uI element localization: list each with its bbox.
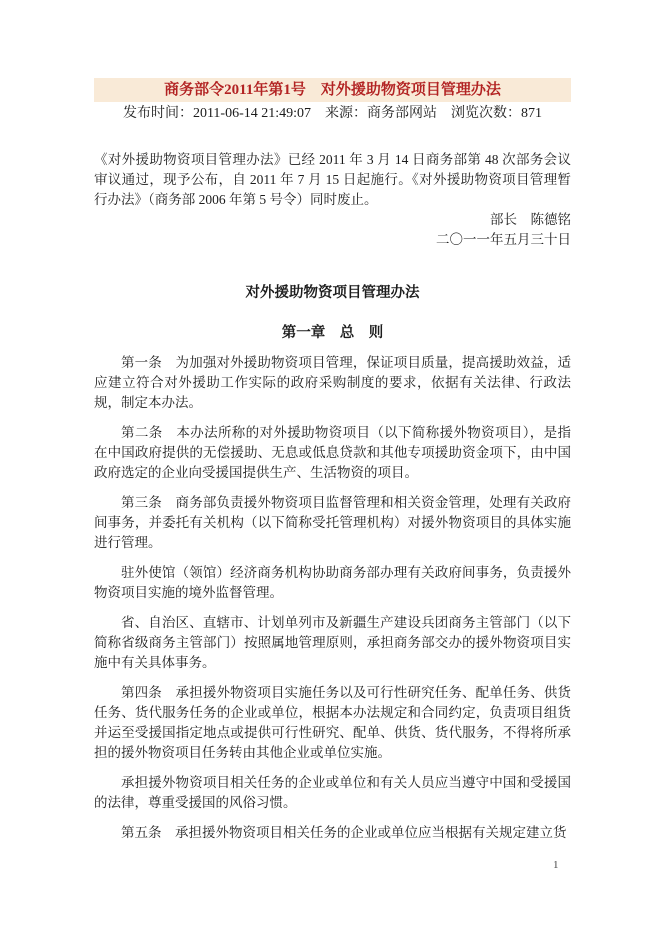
paragraph-article-4-sub-1: 承担援外物资项目相关任务的企业或单位和有关人员应当遵守中国和受援国的法律，尊重受… (94, 773, 571, 813)
article-title: 商务部令2011年第1号 对外援助物资项目管理办法 (164, 82, 501, 98)
document-page: 商务部令2011年第1号 对外援助物资项目管理办法 发布时间：2011-06-1… (0, 0, 661, 935)
paragraph-article-3: 第三条 商务部负责援外物资项目监督管理和相关资金管理，处理有关政府间事务，并委托… (94, 493, 571, 553)
signature-date: 二〇一一年五月三十日 (94, 230, 571, 250)
paragraph-article-1: 第一条 为加强对外援助物资项目管理，保证项目质量，提高援助效益，适应建立符合对外… (94, 353, 571, 413)
signature-minister: 部长 陈德铭 (94, 210, 571, 230)
paragraph-article-4: 第四条 承担援外物资项目实施任务以及可行性研究任务、配单任务、供货任务、货代服务… (94, 683, 571, 763)
paragraph-article-5: 第五条 承担援外物资项目相关任务的企业或单位应当根据有关规定建立货 (94, 823, 571, 843)
publish-meta: 发布时间：2011-06-14 21:49:07 来源：商务部网站 浏览次数：8… (94, 104, 571, 124)
decree-announcement: 《对外援助物资项目管理办法》已经 2011 年 3 月 14 日商务部第 48 … (94, 150, 571, 210)
article-title-bar: 商务部令2011年第1号 对外援助物资项目管理办法 (94, 78, 571, 102)
document-content: 商务部令2011年第1号 对外援助物资项目管理办法 发布时间：2011-06-1… (94, 78, 571, 843)
paragraph-article-2: 第二条 本办法所称的对外援助物资项目（以下简称援外物资项目），是指在中国政府提供… (94, 423, 571, 483)
chapter-heading: 第一章 总 则 (94, 323, 571, 343)
document-title: 对外援助物资项目管理办法 (94, 283, 571, 303)
paragraph-article-3-sub-2: 省、自治区、直辖市、计划单列市及新疆生产建设兵团商务主管部门（以下简称省级商务主… (94, 613, 571, 673)
paragraph-article-3-sub-1: 驻外使馆（领馆）经济商务机构协助商务部办理有关政府间事务，负责援外物资项目实施的… (94, 563, 571, 603)
page-number: 1 (553, 858, 559, 872)
